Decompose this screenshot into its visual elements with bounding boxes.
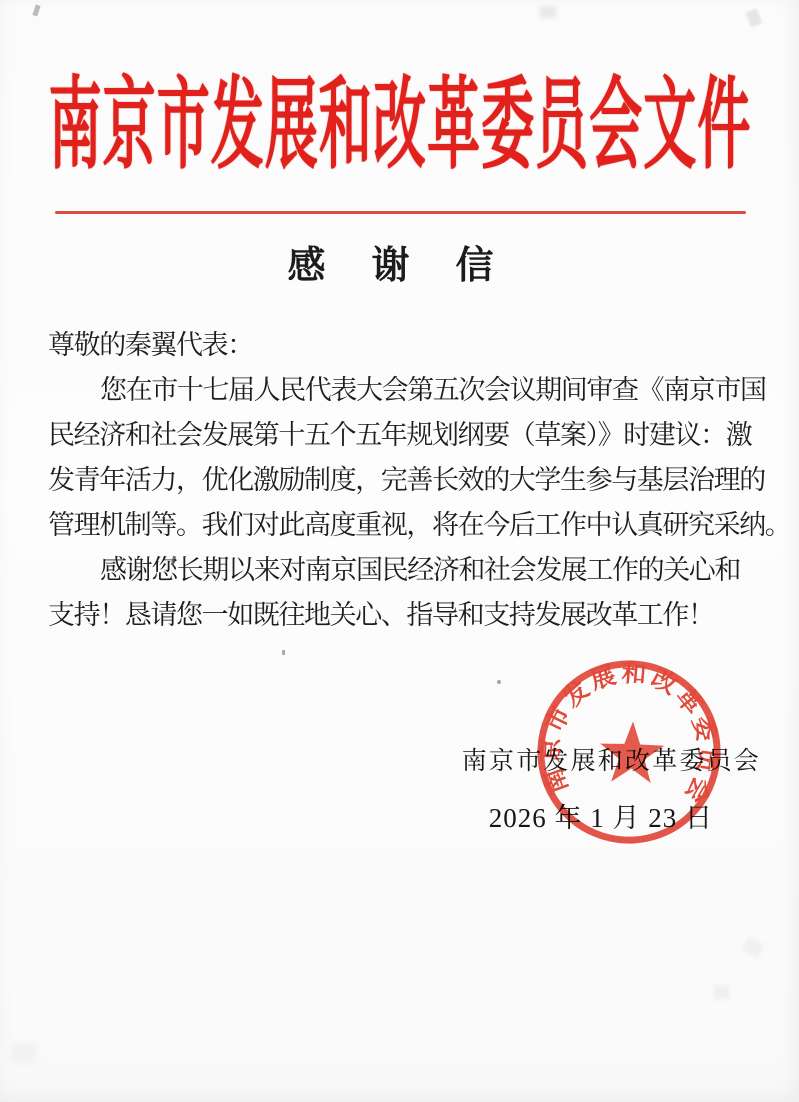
body-line: 支持！恳请您一如既往地关心、指导和支持发展改革工作！ [48, 593, 760, 638]
body-line: 您在市十七届人民代表大会第五次会议期间审查《南京市国 [48, 368, 760, 413]
official-seal: 南京市发展和改革委员会 [527, 650, 732, 855]
salutation: 尊敬的秦翼代表： [48, 323, 760, 368]
letter-body: 尊敬的秦翼代表： 您在市十七届人民代表大会第五次会议期间审查《南京市国 民经济和… [48, 323, 760, 638]
letterhead-divider [55, 211, 746, 214]
body-line: 管理机制等。我们对此高度重视，将在今后工作中认真研究采纳。 [48, 503, 760, 548]
body-line: 感谢您长期以来对南京国民经济和社会发展工作的关心和 [48, 548, 760, 593]
scan-speck [282, 650, 285, 655]
document-title: 感 谢 信 [0, 234, 785, 289]
body-line: 民经济和社会发展第十五个五年规划纲要（草案）》时建议：激 [48, 413, 760, 458]
scanned-letter-page: 南京市发展和改革委员会文件 感 谢 信 尊敬的秦翼代表： 您在市十七届人民代表大… [0, 0, 799, 1102]
scan-speck [12, 1044, 36, 1063]
letterhead-title: 南京市发展和改革委员会文件 [48, 70, 751, 182]
scan-speck [540, 6, 556, 18]
scan-speck [32, 4, 40, 16]
body-line: 发青年活力，优化激励制度，完善长效的大学生参与基层治理的 [48, 458, 760, 503]
scan-speck [745, 8, 762, 27]
scan-speck [497, 680, 501, 684]
star-icon [599, 720, 665, 783]
scan-speck [741, 937, 764, 959]
scan-speck [714, 986, 729, 999]
